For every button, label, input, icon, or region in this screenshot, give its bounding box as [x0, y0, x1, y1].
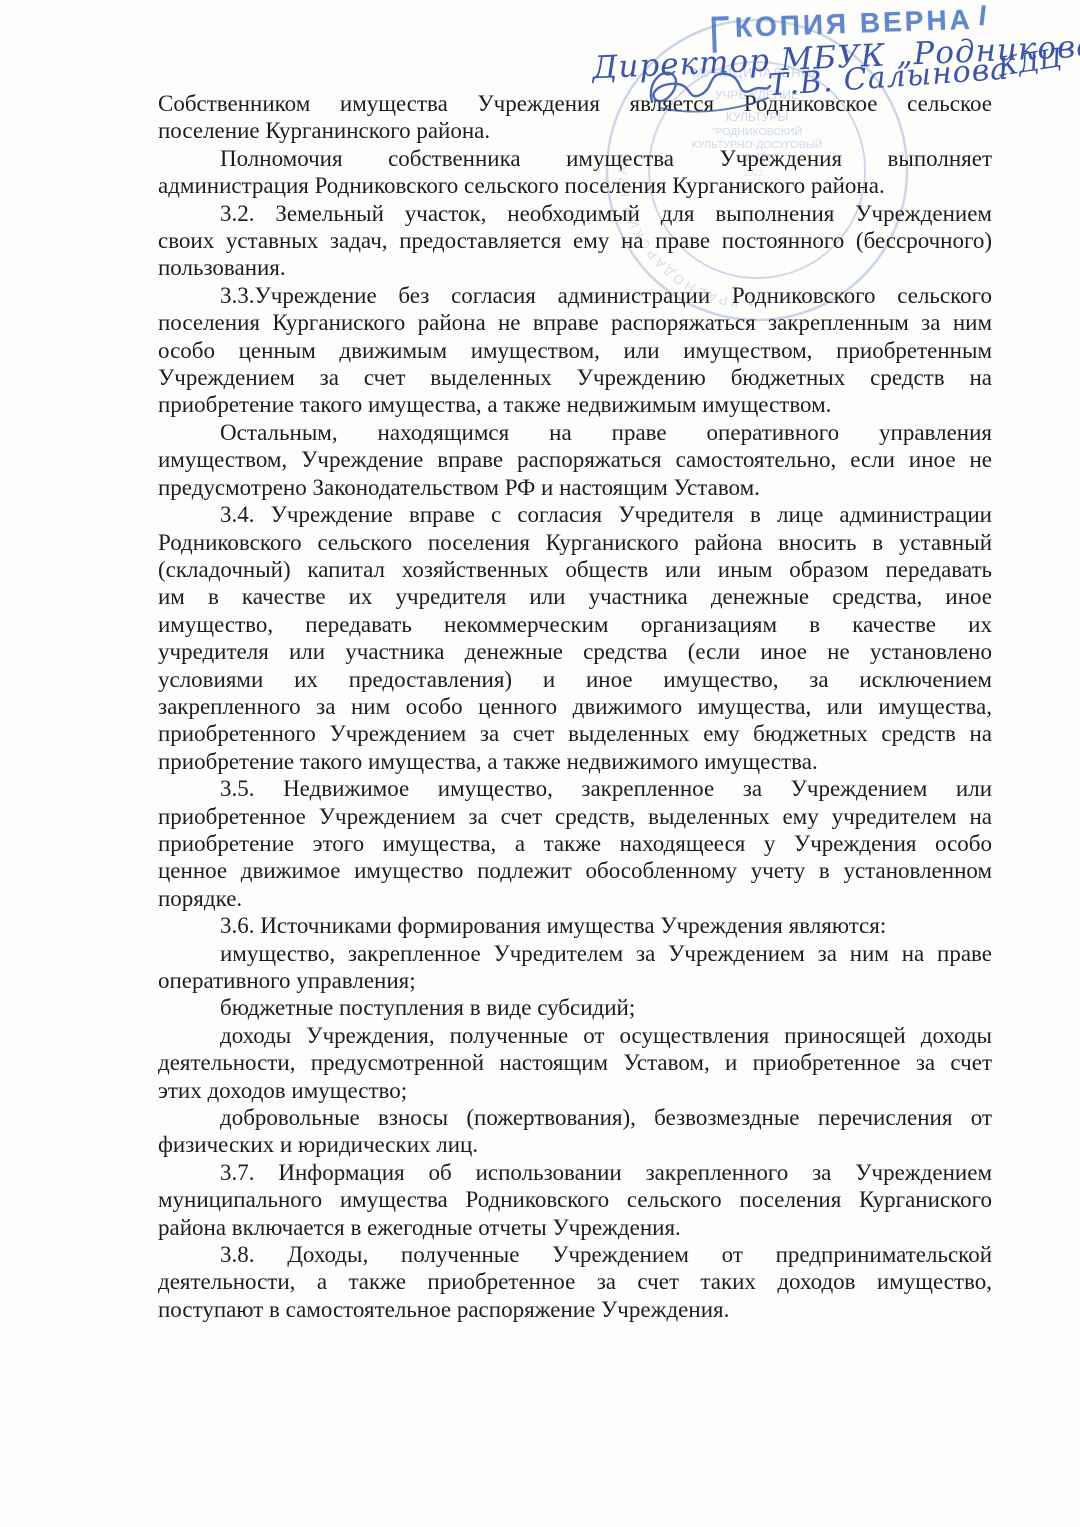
text-line: (складочный) капитал хозяйственных общес…: [158, 556, 992, 583]
text-line: приобретенное Учреждением за счет средст…: [158, 803, 992, 830]
text-line: добровольные взносы (пожертвования), без…: [158, 1104, 992, 1131]
text-line: этих доходов имущество;: [158, 1077, 992, 1104]
text-line: условиями их предоставления) и иное имущ…: [158, 666, 992, 693]
scanned-document-page: • КУРГАНИНСКИЙ РАЙОН • КРАСНОДАРСКИЙ КРА…: [0, 0, 1080, 1527]
text-line: приобретение этого имущества, а также на…: [158, 830, 992, 857]
text-line: бюджетные поступления в виде субсидий;: [158, 994, 992, 1021]
text-line: поступают в самостоятельное распоряжение…: [158, 1296, 992, 1323]
text-line: 3.5. Недвижимое имущество, закрепленное …: [158, 775, 992, 802]
text-line: 3.3.Учреждение без согласия администраци…: [158, 282, 992, 309]
text-line: 3.2. Земельный участок, необходимый для …: [158, 200, 992, 227]
text-line: предусмотрено Законодательством РФ и нас…: [158, 474, 992, 501]
text-line: Родниковского сельского поселения Курган…: [158, 529, 992, 556]
text-line: администрация Родниковского сельского по…: [158, 172, 992, 199]
text-line: ценное движимое имущество подлежит обосо…: [158, 857, 992, 884]
text-line: учредителя или участника денежные средст…: [158, 638, 992, 665]
text-line: Учреждением за счет выделенных Учреждени…: [158, 364, 992, 391]
text-line: своих уставных задач, предоставляется ем…: [158, 227, 992, 254]
text-line: муниципального имущества Родниковского с…: [158, 1186, 992, 1213]
text-line: деятельности, предусмотренной настоящим …: [158, 1049, 992, 1076]
signature-squiggle: [642, 64, 772, 116]
text-line: 3.4. Учреждение вправе с согласия Учреди…: [158, 501, 992, 528]
text-line: Полномочия собственника имущества Учрежд…: [158, 145, 992, 172]
text-line: Остальным, находящимся на праве оператив…: [158, 419, 992, 446]
text-line: порядке.: [158, 885, 992, 912]
text-line: имущество, закрепленное Учредителем за У…: [158, 940, 992, 967]
text-line: 3.6. Источниками формирования имущества …: [158, 912, 992, 939]
text-line: района включается в ежегодные отчеты Учр…: [158, 1214, 992, 1241]
document-body: Собственником имущества Учреждения являе…: [158, 90, 992, 1323]
text-line: поселения Курганиского района не вправе …: [158, 309, 992, 336]
text-line: оперативного управления;: [158, 967, 992, 994]
text-line: 3.8. Доходы, полученные Учреждением от п…: [158, 1241, 992, 1268]
text-line: особо ценным движимым имуществом, или им…: [158, 337, 992, 364]
text-line: имущество, передавать некоммерческим орг…: [158, 611, 992, 638]
text-line: физических и юридических лиц.: [158, 1131, 992, 1158]
text-line: приобретение такого имущества, а также н…: [158, 748, 992, 775]
text-line: поселение Курганинского района.: [158, 117, 992, 144]
text-line: пользования.: [158, 254, 992, 281]
text-line: 3.7. Информация об использовании закрепл…: [158, 1159, 992, 1186]
text-line: имуществом, Учреждение вправе распоряжат…: [158, 446, 992, 473]
text-line: доходы Учреждения, полученные от осущест…: [158, 1022, 992, 1049]
text-line: приобретение такого имущества, а также н…: [158, 391, 992, 418]
text-line: закрепленного за ним особо ценного движи…: [158, 693, 992, 720]
text-line: им в качестве их учредителя или участник…: [158, 583, 992, 610]
text-line: деятельности, а также приобретенное за с…: [158, 1268, 992, 1295]
text-line: приобретенного Учреждением за счет выдел…: [158, 720, 992, 747]
stamp-tick-icon: [979, 5, 985, 25]
